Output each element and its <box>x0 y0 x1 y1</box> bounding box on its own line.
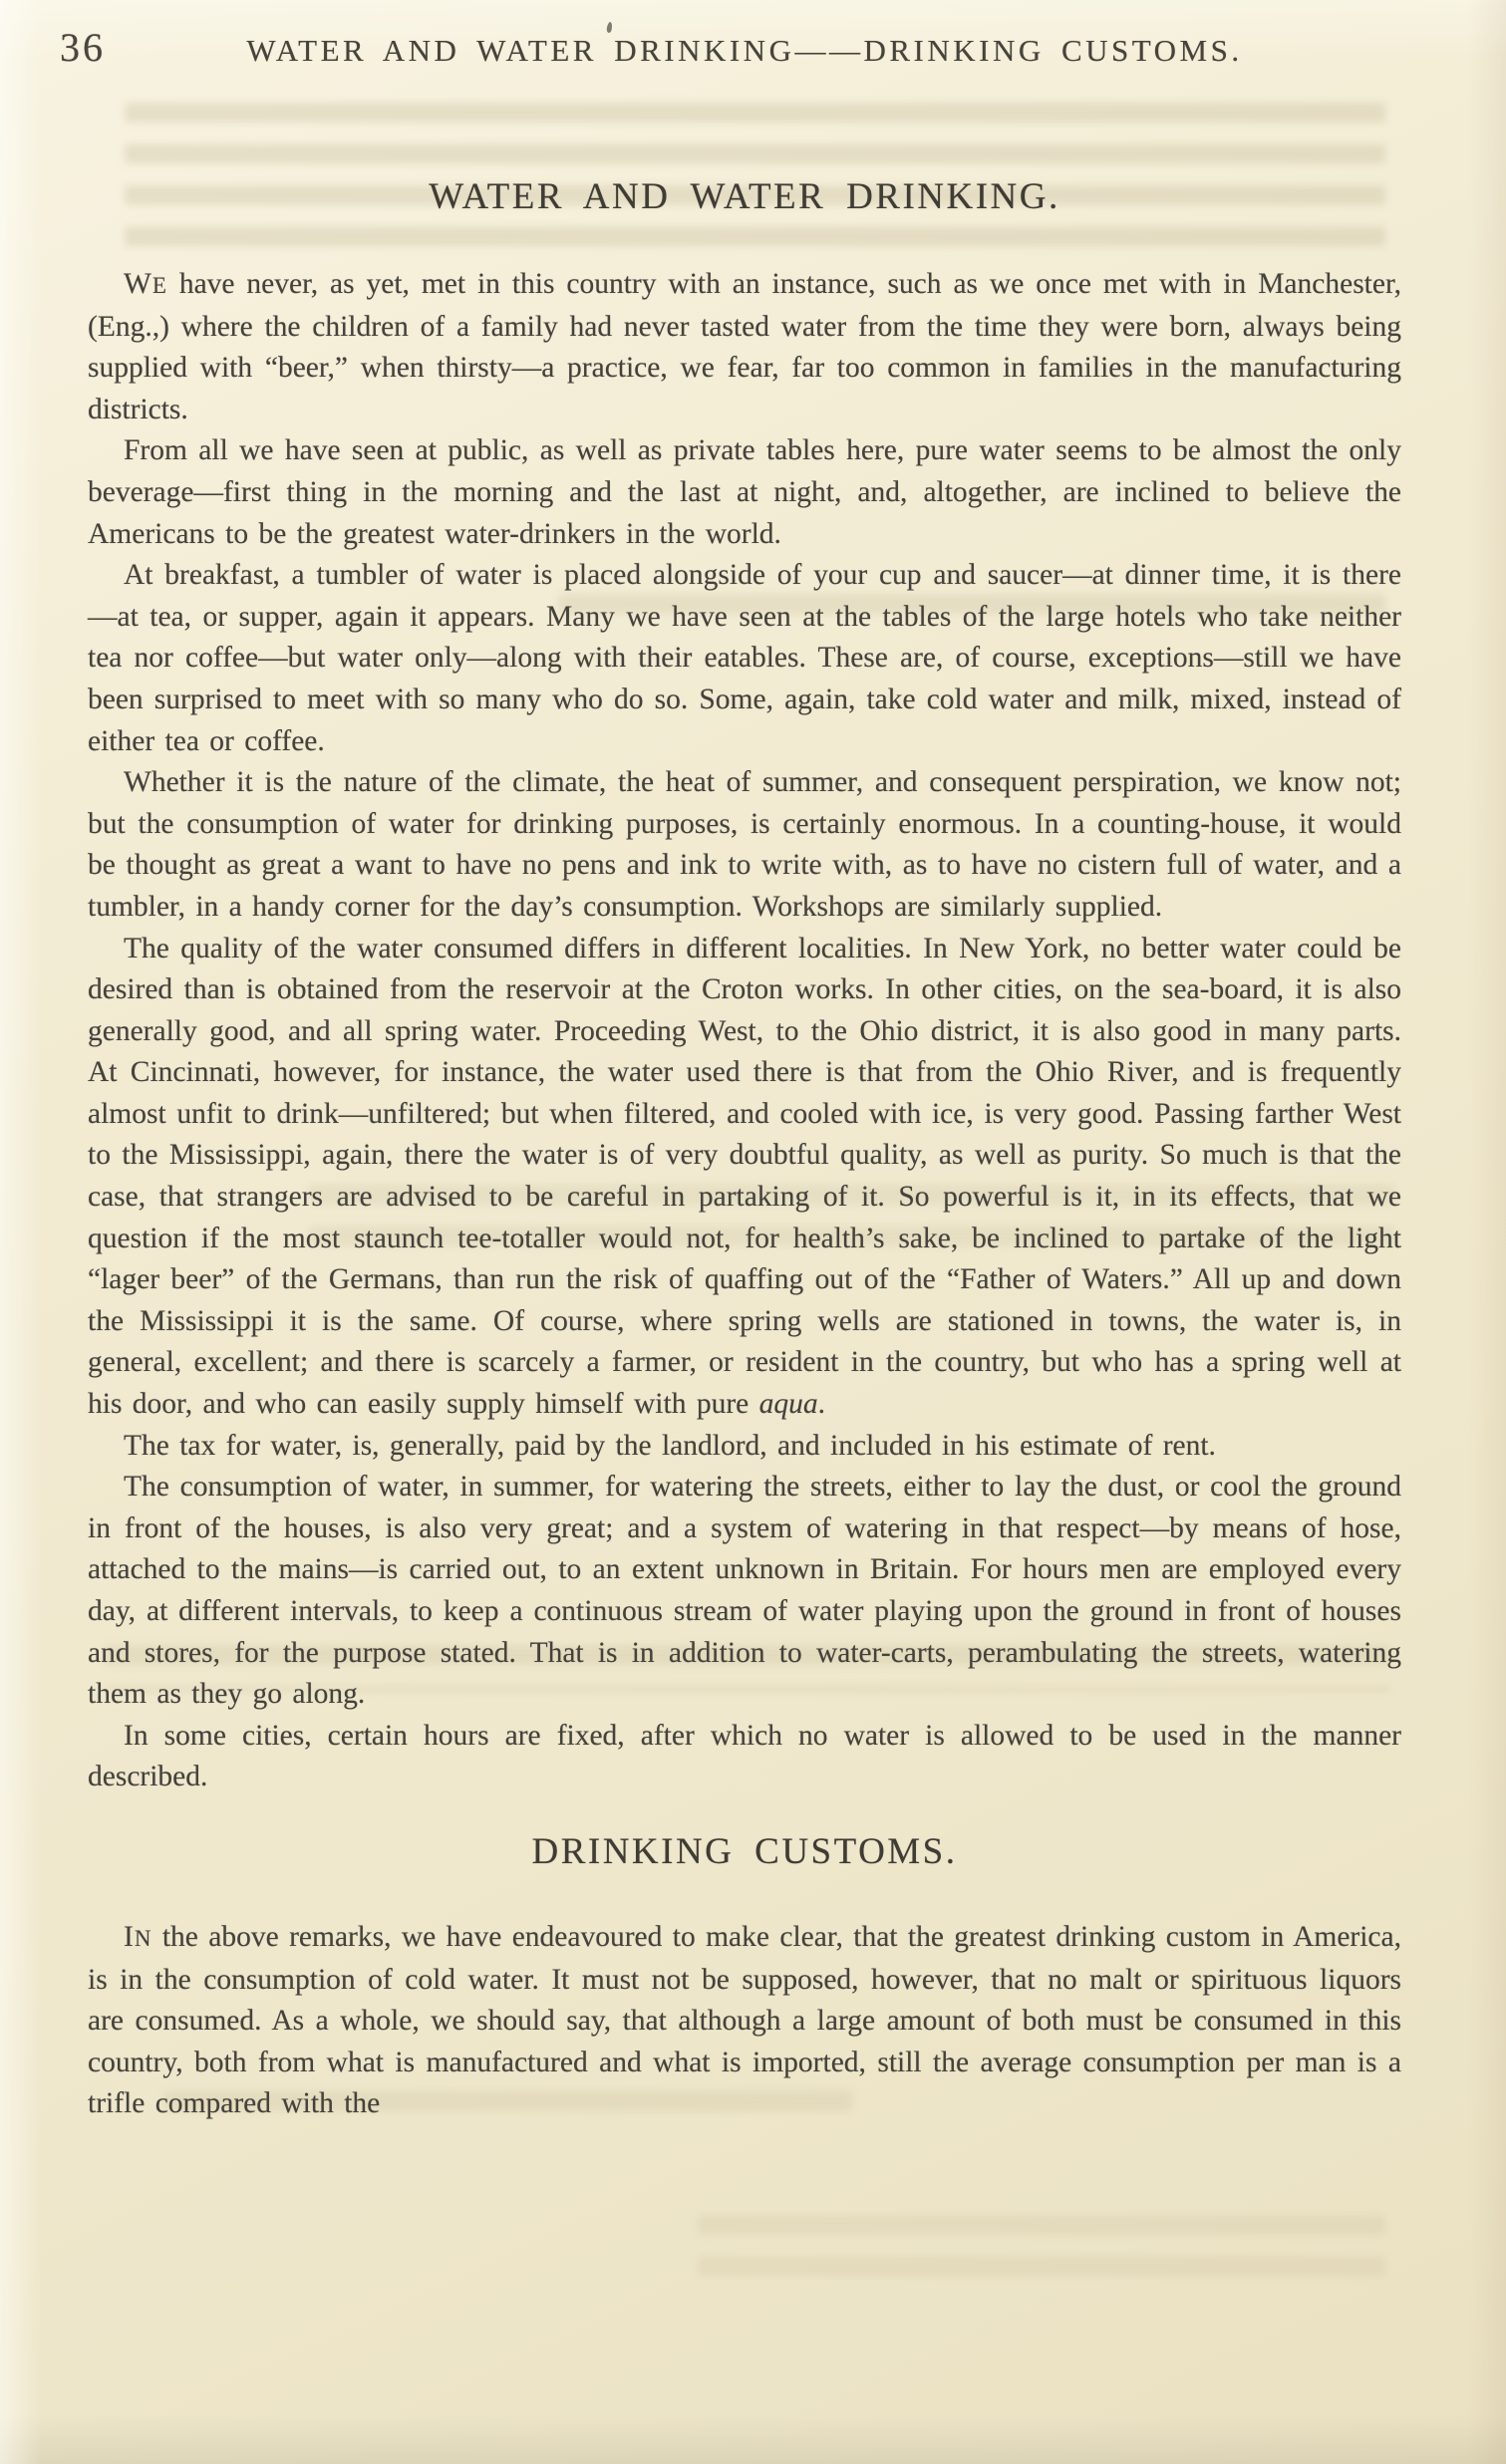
paragraph: IN the above remarks, we have endeavoure… <box>88 1917 1401 2125</box>
book-page: 36 WATER AND WATER DRINKING——DRINKING CU… <box>0 0 1506 2464</box>
scanned-book-page: { "page": { "number": "36", "running_hea… <box>0 0 1506 2464</box>
page-body: WATER AND WATER DRINKING.WE have never, … <box>88 175 1401 2125</box>
section-title: DRINKING CUSTOMS. <box>88 1830 1401 1873</box>
paragraph: The consumption of water, in summer, for… <box>88 1467 1401 1716</box>
ink-speck <box>606 22 613 34</box>
paragraph: In some cities, certain hours are fixed,… <box>88 1716 1401 1798</box>
bleedthrough-ghost <box>698 2204 1385 2288</box>
paragraph: Whether it is the nature of the climate,… <box>88 762 1401 928</box>
paragraph: At breakfast, a tumbler of water is plac… <box>88 555 1401 762</box>
smallcaps-lead: N <box>135 1925 152 1951</box>
smallcaps-lead: E <box>152 272 167 298</box>
paragraph: From all we have seen at public, as well… <box>88 430 1401 555</box>
smallcaps-lead: W <box>124 268 152 300</box>
paragraph: The quality of the water consumed differ… <box>88 929 1401 1426</box>
running-head: WATER AND WATER DRINKING——DRINKING CUSTO… <box>88 33 1401 69</box>
paragraph: The tax for water, is, generally, paid b… <box>88 1426 1401 1468</box>
section-title: WATER AND WATER DRINKING. <box>88 175 1401 218</box>
smallcaps-lead: I <box>124 1921 135 1953</box>
paragraph: WE have never, as yet, met in this count… <box>88 264 1401 430</box>
